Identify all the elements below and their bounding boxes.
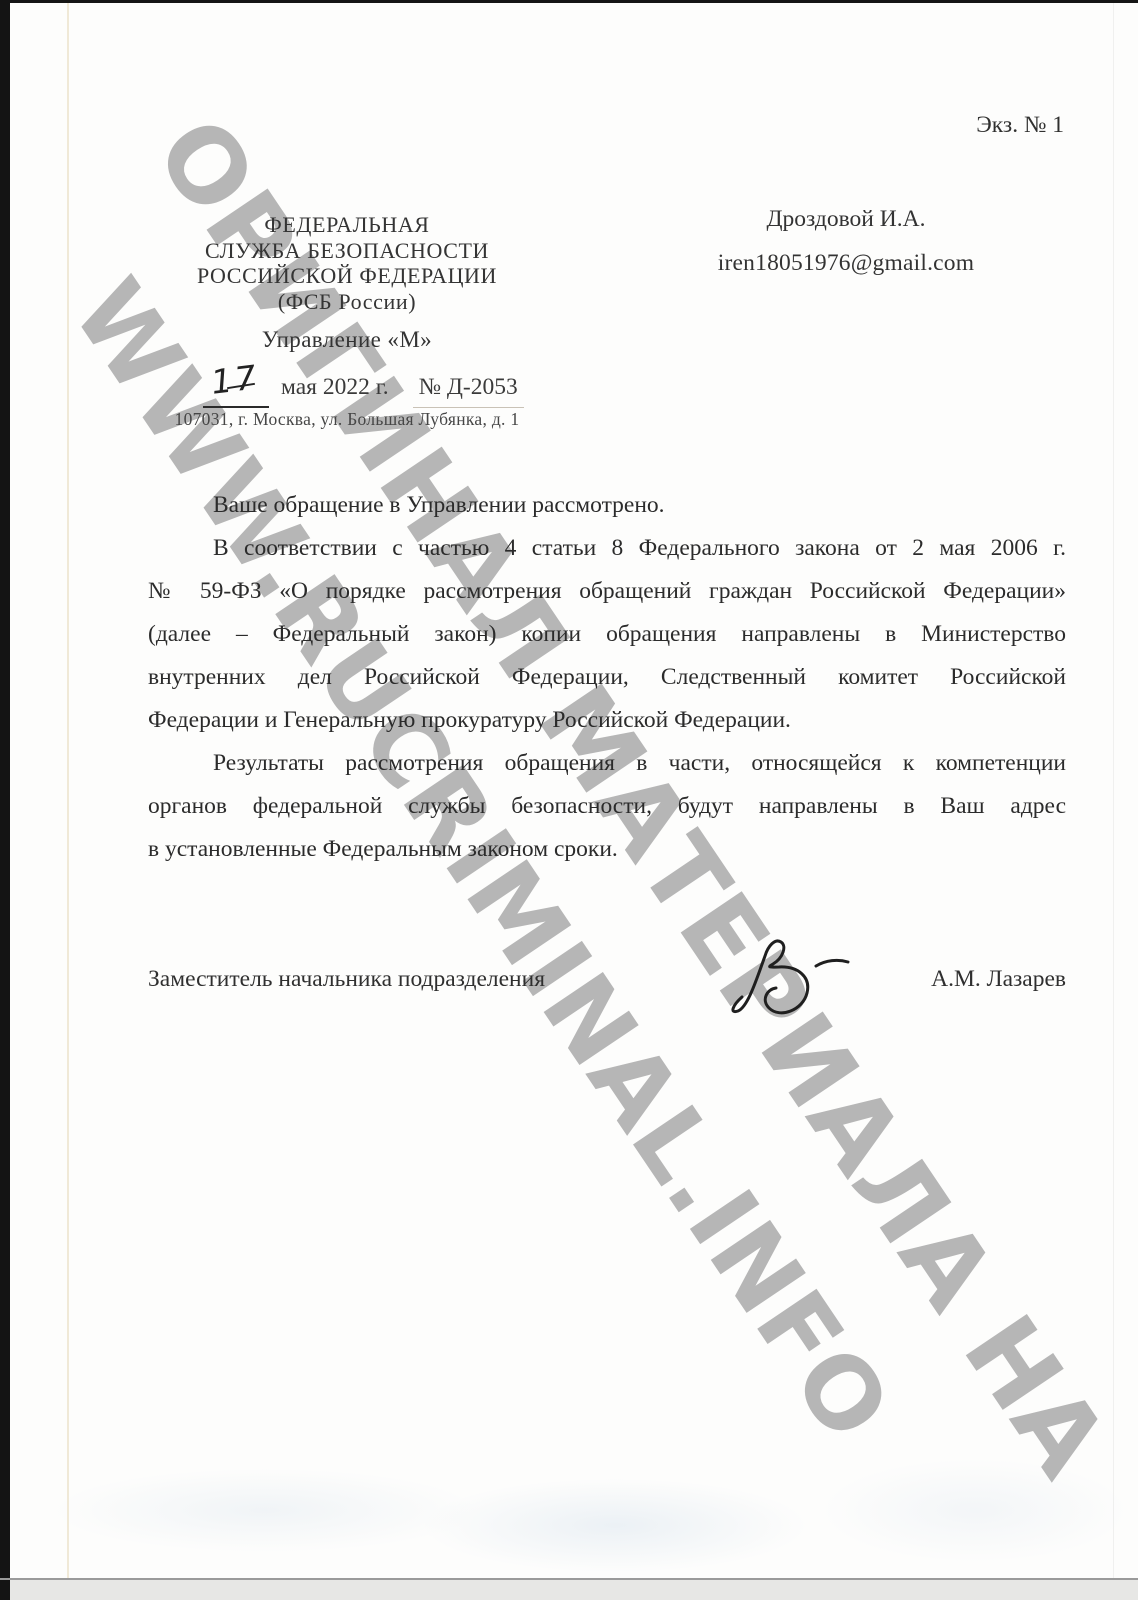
recipient-email: iren18051976@gmail.com (695, 250, 997, 277)
scan-edge-left (0, 0, 10, 1600)
body-paragraph-3-line: органов федеральной службы безопасности,… (148, 785, 1066, 828)
recipient-block: Дроздовой И.А. iren18051976@gmail.com (695, 206, 997, 277)
scan-artifact-line (67, 0, 69, 1600)
signer-title: Заместитель начальника подразделения (148, 966, 545, 993)
body-paragraph-1: Ваше обращение в Управлении рассмотрено. (148, 484, 1066, 527)
recipient-name: Дроздовой И.А. (695, 206, 997, 233)
org-name-line-3: РОССИЙСКОЙ ФЕДЕРАЦИИ (152, 263, 542, 289)
body-paragraph-2-line: № 59-ФЗ «О порядке рассмотрения обращени… (148, 570, 1066, 613)
body-paragraph-2-line: Федерации и Генеральную прокуратуру Росс… (148, 699, 1066, 742)
scan-artifact-line (1113, 0, 1114, 1600)
scan-edge-bottom-band (0, 1580, 1138, 1600)
scanned-letter-page: ОРИГИНАЛ МАТЕРИАЛА НА WWW.RUCRIMINAL.INF… (0, 0, 1138, 1600)
department-name: Управление «М» (152, 327, 542, 353)
signature-scrawl (712, 933, 872, 1038)
scan-edge-top (0, 0, 1138, 3)
handwritten-day: 17 (209, 357, 261, 402)
org-address: 107031, г. Москва, ул. Большая Лубянка, … (150, 409, 544, 430)
signer-name: А.М. Лазарев (931, 966, 1066, 993)
letterhead: ФЕДЕРАЛЬНАЯ СЛУЖБА БЕЗОПАСНОСТИ РОССИЙСК… (152, 212, 542, 353)
document-number: № Д-2053 (413, 374, 524, 408)
date-row: 17 мая 2022 г. № Д-2053 (203, 360, 524, 408)
letter-body: Ваше обращение в Управлении рассмотрено.… (148, 484, 1066, 871)
body-paragraph-2-line: внутренних дел Российской Федерации, Сле… (148, 656, 1066, 699)
org-name-line-2: СЛУЖБА БЕЗОПАСНОСТИ (152, 238, 542, 264)
letter-content: Экз. № 1 ФЕДЕРАЛЬНАЯ СЛУЖБА БЕЗОПАСНОСТИ… (0, 0, 1138, 1600)
date-text: мая 2022 г. (281, 374, 389, 408)
scan-edge-bottom (0, 1578, 1138, 1580)
body-paragraph-3-line: Результаты рассмотрения обращения в част… (148, 742, 1066, 785)
exemplar-number: Экз. № 1 (976, 112, 1064, 139)
org-name-line-1: ФЕДЕРАЛЬНАЯ (152, 212, 542, 238)
body-paragraph-2-line: (далее – Федеральный закон) копии обраще… (148, 613, 1066, 656)
handwritten-day-slot: 17 (203, 360, 269, 408)
body-paragraph-3-line: в установленные Федеральным законом срок… (148, 828, 1066, 871)
org-name-line-4: (ФСБ России) (152, 289, 542, 315)
body-paragraph-2-line: В соответствии с частью 4 статьи 8 Федер… (148, 527, 1066, 570)
